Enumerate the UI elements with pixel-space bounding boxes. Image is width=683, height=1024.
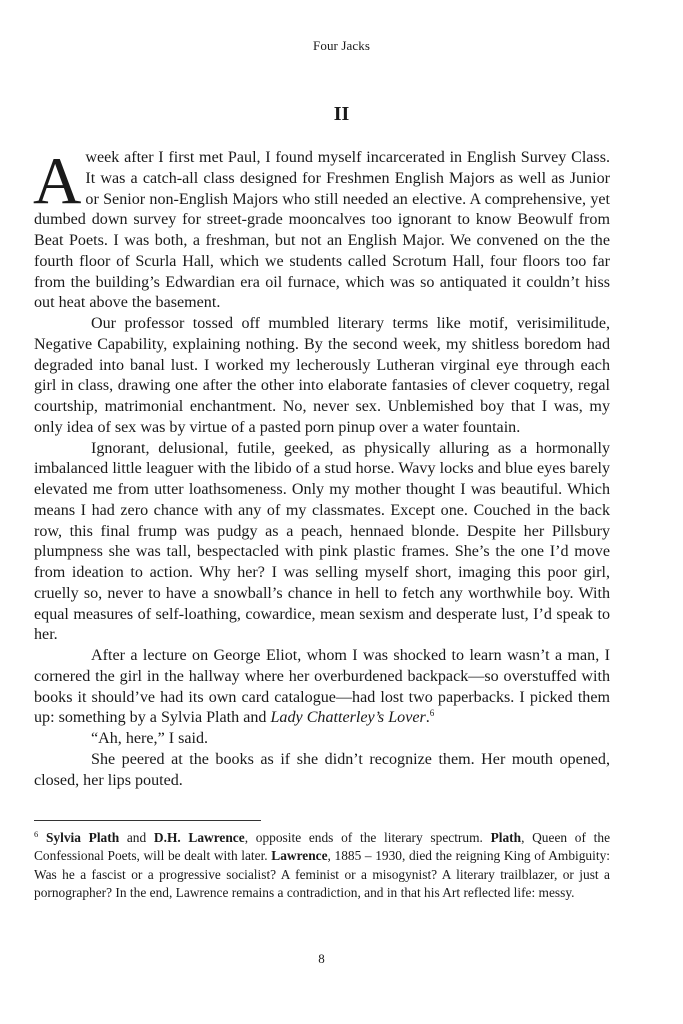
page-number: 8	[0, 951, 643, 967]
drop-cap-letter: A	[33, 155, 81, 207]
paragraph-2: Our professor tossed off mumbled literar…	[34, 314, 610, 439]
body-text: Aweek after I first met Paul, I found my…	[34, 148, 610, 791]
chapter-number-heading: II	[0, 103, 683, 126]
footnote-bold-plath: Sylvia Plath	[46, 830, 119, 845]
footnote-bold-lawrence: D.H. Lawrence	[154, 830, 245, 845]
paragraph-6: She peered at the books as if she didn’t…	[34, 750, 610, 792]
footnote: 6 Sylvia Plath and D.H. Lawrence, opposi…	[34, 829, 610, 903]
footnote-number: 6	[34, 829, 38, 839]
book-title-italic: Lady Chatterley’s Lover	[270, 709, 425, 726]
footnote-divider	[34, 820, 261, 821]
running-head-title: Four Jacks	[0, 38, 683, 54]
footnote-bold-plath-2: Plath	[491, 830, 522, 845]
footnote-text: , opposite ends of the literary spectrum…	[245, 830, 491, 845]
paragraph-1: Aweek after I first met Paul, I found my…	[34, 148, 610, 314]
footnote-reference-link[interactable]: 6	[430, 708, 435, 718]
paragraph-1-text: week after I first met Paul, I found mys…	[34, 149, 610, 311]
footnote-6: 6 Sylvia Plath and D.H. Lawrence, opposi…	[34, 829, 610, 903]
footnote-bold-lawrence-2: Lawrence	[271, 848, 327, 863]
paragraph-3: Ignorant, delusional, futile, geeked, as…	[34, 439, 610, 647]
paragraph-5: “Ah, here,” I said.	[34, 729, 610, 750]
paragraph-4: After a lecture on George Eliot, whom I …	[34, 646, 610, 729]
footnote-text: and	[119, 830, 154, 845]
